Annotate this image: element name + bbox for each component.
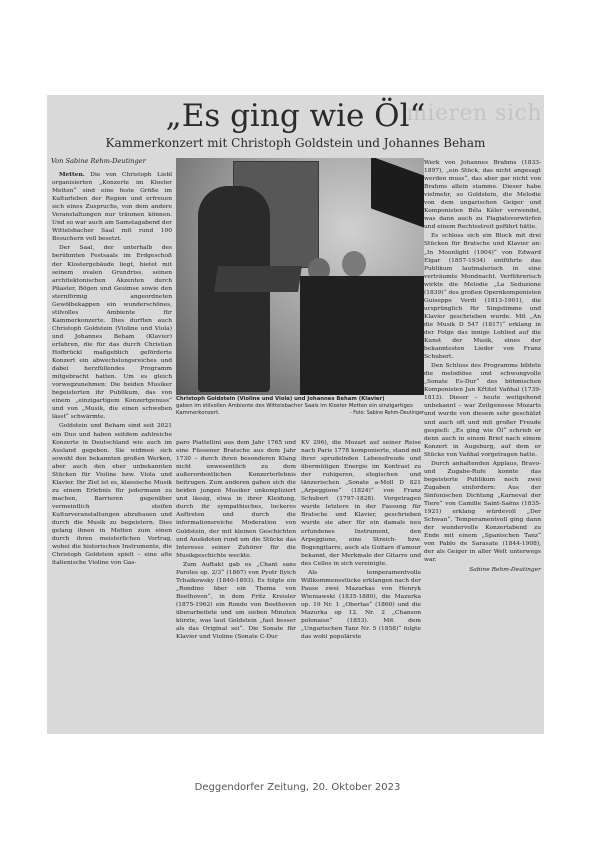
- paragraph: Als temperamentvolle Willkommensstücke e…: [301, 569, 421, 641]
- paragraph: Der Saal, der unterhalb des berühmten Fe…: [52, 244, 172, 421]
- newspaper-clipping: mieren sich „Es ging wie Öl“ Kammerkonze…: [47, 95, 544, 734]
- paragraph: paro Piattellini aus dem Jahr 1765 und e…: [176, 439, 296, 560]
- author-signature: Sabine Rehm-Deutinger: [424, 566, 541, 574]
- byline: Von Sabine Rehm-Deutinger: [51, 157, 146, 165]
- column-1: Metten. Die von Christoph Liebl organisi…: [52, 171, 172, 568]
- dateline: Metten.: [59, 171, 85, 178]
- column-2: paro Piattellini aus dem Jahr 1765 und e…: [176, 439, 296, 642]
- source-footer: Deggendorfer Zeitung, 20. Oktober 2023: [0, 782, 595, 793]
- paragraph: Zum Auftakt gab es „Chant sans Paroles o…: [176, 561, 296, 641]
- paragraph: Es schloss sich ein Block mit drei Stück…: [424, 232, 541, 361]
- photo-credit: - Foto: Sabine Rehm-Deutinger: [350, 410, 424, 417]
- paragraph: Werk von Johannes Brahms (1833-1897), „e…: [424, 159, 541, 231]
- photo-caption: Christoph Goldstein (Violine und Viola) …: [176, 396, 424, 417]
- headline: „Es ging wie Öl“: [47, 99, 544, 133]
- paragraph: KV 296), die Mozart auf seiner Reise nac…: [301, 439, 421, 568]
- caption-title: Christoph Goldstein (Violine und Viola) …: [176, 396, 424, 403]
- paragraph: Metten. Die von Christoph Liebl organisi…: [52, 171, 172, 243]
- paragraph: Durch anhaltenden Applaus, Bravo- und Zu…: [424, 460, 541, 565]
- pianist-figure: [342, 251, 366, 277]
- subheadline: Kammerkonzert mit Christoph Goldstein un…: [47, 136, 544, 150]
- column-3: KV 296), die Mozart auf seiner Reise nac…: [301, 439, 421, 642]
- paragraph: Den Schluss des Programms bildete die me…: [424, 362, 541, 459]
- concert-photo: [176, 158, 424, 395]
- paragraph: Goldstein und Beham sind seit 2021 ein D…: [52, 422, 172, 567]
- music-stand: [214, 266, 302, 292]
- grand-piano: [300, 276, 424, 395]
- column-4: Werk von Johannes Brahms (1833-1897), „e…: [424, 159, 541, 574]
